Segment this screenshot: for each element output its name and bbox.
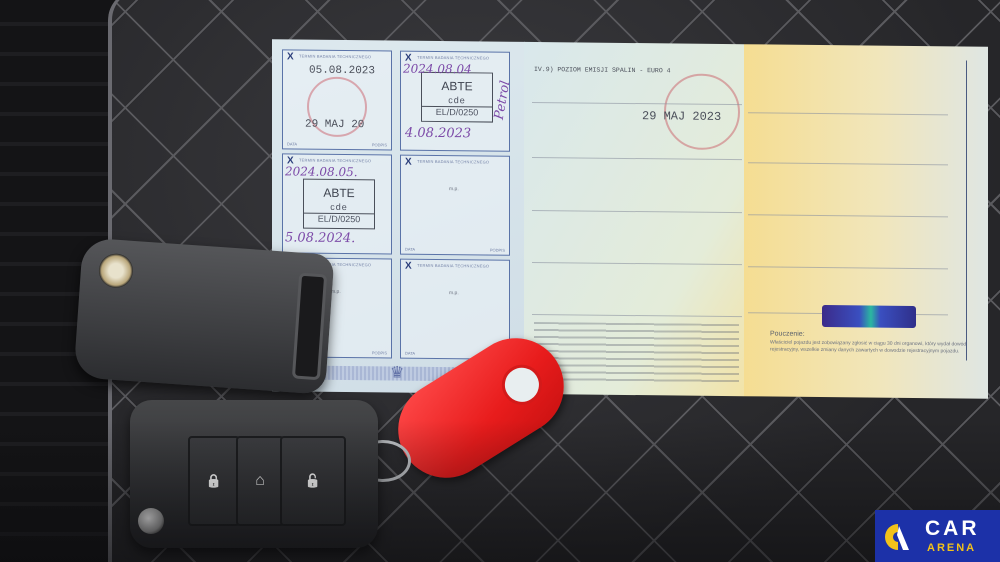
registration-document: X TERMIN BADANIA TECHNICZNEGO 05.08.2023… (272, 39, 988, 398)
stamp-line: EL/D/0250 (304, 213, 374, 229)
typed-date: 05.08.2023 (309, 65, 375, 78)
mp-label: m.p. (331, 289, 341, 296)
mp-label: m.p. (449, 186, 459, 193)
key-tag-hole (494, 357, 549, 412)
cell-footer-left: DATA (405, 247, 415, 252)
watermark-line2: ARENA (927, 542, 976, 554)
document-right-page: Pouczenie: Właściciel pojazdu jest zobow… (744, 44, 988, 399)
stamp-line: EL/D/0250 (422, 106, 492, 122)
folded-car-key (73, 237, 334, 394)
polish-eagle-emblem-icon: ♛ (390, 362, 404, 382)
note-title: Pouczenie: (770, 330, 805, 337)
handwritten-signature: Petrol (492, 79, 514, 120)
handwritten-date-bottom: 5.08.2024. (285, 230, 355, 246)
x-mark: X (405, 157, 412, 168)
car-arena-logo-icon (885, 522, 911, 552)
cell-header: TERMIN BADANIA TECHNICZNEGO (417, 159, 489, 165)
emission-standard-line: IV.9) POZIOM EMISJI SPALIN - EURO 4 (534, 66, 671, 74)
cell-header: TERMIN BADANIA TECHNICZNEGO (417, 55, 489, 61)
mp-label: m.p. (449, 290, 459, 297)
shadow-overlay (0, 420, 1000, 562)
cell-header: TERMIN BADANIA TECHNICZNEGO (417, 263, 489, 269)
cell-footer-right: PODPIS (372, 142, 387, 147)
note-text: Właściciel pojazdu jest zobowiązany zgło… (770, 339, 970, 355)
document-middle-page: IV.9) POZIOM EMISJI SPALIN - EURO 4 29 M… (524, 42, 744, 396)
stamp-line: ABTE (304, 186, 374, 201)
x-mark: X (405, 261, 412, 272)
inspection-station-stamp: ABTE cde EL/D/0250 (421, 72, 493, 123)
cell-header: TERMIN BADANIA TECHNICZNEGO (299, 54, 371, 60)
cell-footer-left: DATA (405, 351, 415, 356)
stamp-line: cde (422, 95, 492, 106)
inspection-cell-1: X TERMIN BADANIA TECHNICZNEGO 05.08.2023… (282, 49, 392, 150)
cell-footer-right: PODPIS (372, 350, 387, 355)
stamp-date: 29 MAJ 20 (305, 119, 364, 132)
watermark-line1: CAR (925, 517, 980, 541)
car-arena-watermark: CAR ARENA (875, 510, 1000, 562)
stamp-date: 29 MAJ 2023 (642, 109, 721, 124)
photo-scene: X TERMIN BADANIA TECHNICZNEGO 05.08.2023… (0, 0, 1000, 562)
x-mark: X (287, 51, 294, 62)
inspection-cell-2: X TERMIN BADANIA TECHNICZNEGO ABTE cde E… (400, 51, 510, 152)
cell-header: TERMIN BADANIA TECHNICZNEGO (299, 158, 371, 164)
cell-footer-left: DATA (287, 141, 297, 146)
stamp-line: cde (304, 202, 374, 213)
cell-footer-right: PODPIS (490, 248, 505, 253)
inspection-station-stamp: ABTE cde EL/D/0250 (303, 179, 375, 230)
stamp-line: ABTE (422, 79, 492, 94)
inspection-cell-4: X TERMIN BADANIA TECHNICZNEGO m.p. DATA … (400, 155, 510, 256)
handwritten-date-top: 2024.08.05. (285, 164, 358, 179)
brand-logo-icon (98, 253, 134, 289)
inspection-cell-3: X TERMIN BADANIA TECHNICZNEGO ABTE cde E… (282, 153, 392, 254)
legend-fine-print (534, 322, 739, 384)
handwritten-date-bottom: 4.08.2023 (405, 126, 471, 142)
hologram-sticker (822, 305, 916, 328)
key-blade-slot (292, 273, 327, 381)
handwritten-date-top: 2024.08.04 (403, 62, 472, 77)
